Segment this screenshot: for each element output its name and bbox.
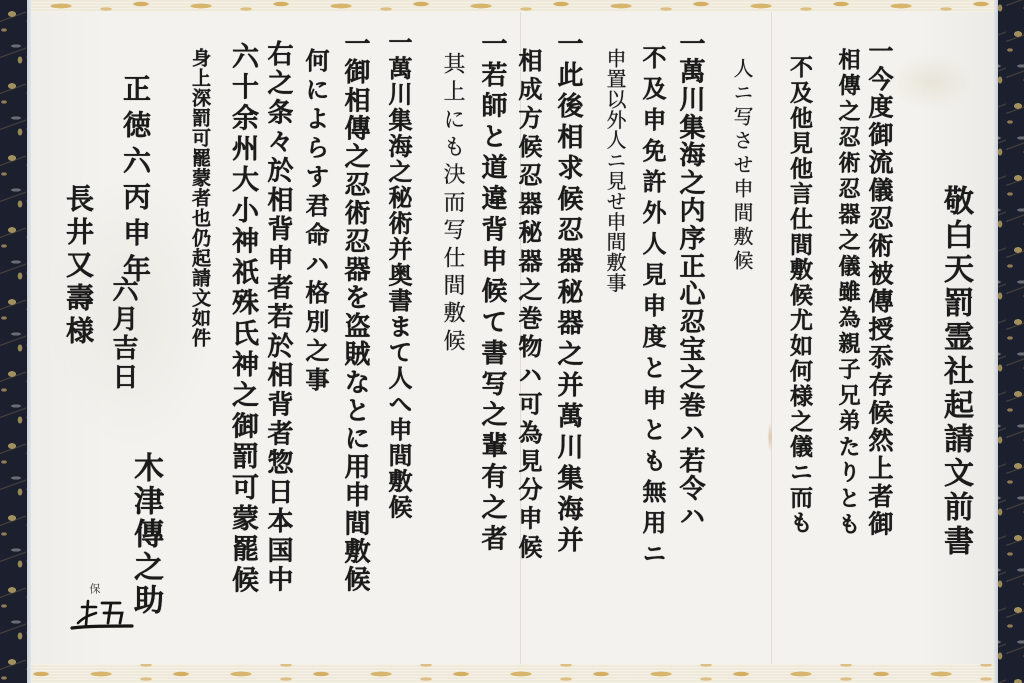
left-brocade-border	[0, 0, 27, 683]
right-brocade-border	[998, 0, 1024, 683]
text-column: 六十余州大小神祇殊氏神之御罰可蒙罷候	[229, 42, 256, 596]
text-column: 何によらす君命ハ格別之事	[303, 48, 327, 396]
text-column: 不及他見他言仕間敷候尤如何様之儀ニ而も	[788, 55, 811, 536]
signatory-name: 木津傳之助	[130, 452, 160, 617]
addressee: 長井又壽様	[64, 184, 92, 349]
document-title: 敬白天罰霊社起請文前書	[940, 185, 970, 559]
text-column: 一此後相求候忍器秘器之并萬川集海并	[555, 30, 581, 557]
text-column: 一萬川集海之秘術并奥書まて人へ申間敷候	[386, 30, 410, 520]
kao-signature-icon	[66, 595, 136, 631]
text-column: 一萬川集海之内序正心忍宝之巻ハ若令ハ	[677, 30, 703, 530]
text-column: 右之条々於相背申者若於相背者惣日本国中	[265, 40, 291, 595]
text-column: 身上深罰可罷蒙者也仍起請文如件	[190, 48, 209, 348]
date-era-year: 正徳六丙申年	[121, 74, 149, 290]
right-inner-border	[994, 0, 998, 683]
text-column: 不及申免許外人見申度と申とも無用ニ	[640, 45, 664, 572]
text-column: 一今度御流儀忍術被傳授忝存候然上者御	[867, 38, 892, 538]
text-column: 一御相傳之忍術忍器を盗賊なとに用申間敷候	[342, 30, 368, 594]
kao-note: 保	[86, 583, 102, 594]
text-column: 人ニ写させ申間敷候	[732, 58, 752, 274]
date-month-day: 六月吉日	[110, 276, 136, 392]
top-gold-strip	[31, 0, 994, 12]
paper-fold-line	[771, 12, 772, 664]
bottom-gold-strip	[31, 664, 994, 683]
text-column: 申置以外人ニ見せ申間敷事	[605, 48, 625, 293]
text-column: 其上にも決而写仕間敷候	[441, 52, 463, 357]
text-column: 相傳之忍術忍器之儀雖為親子兄弟たりとも	[837, 48, 859, 538]
text-column: 一若師と道違背申候て書写之輩有之者	[479, 30, 505, 555]
text-column: 相成方候忍器秘器之巻物ハ可為見分申候	[516, 48, 540, 563]
